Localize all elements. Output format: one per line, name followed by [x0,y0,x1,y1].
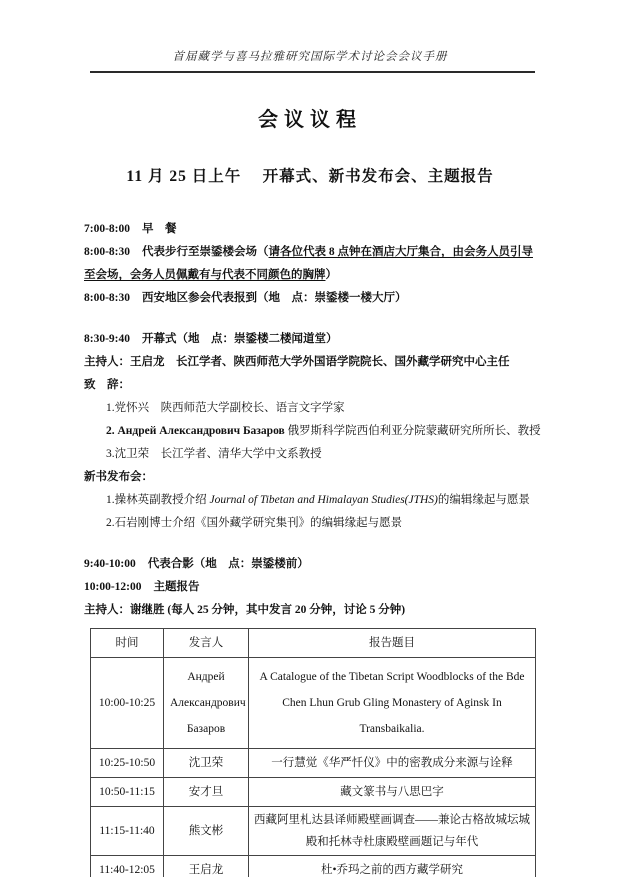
cell-title: 杜•乔玛之前的西方藏学研究 [249,856,536,877]
event-label: 主题报告 [154,581,200,593]
cell-title: A Catalogue of the Tibetan Script Woodbl… [249,658,536,749]
time-label: 10:00-12:00 [84,581,142,593]
journal-name: Journal of Tibetan and Himalayan Studies… [210,494,438,506]
time-label: 8:30-9:40 [84,333,130,345]
time-label: 9:40-10:00 [84,558,136,570]
book-launch-label: 新书发布会： [84,466,542,489]
header-time: 时间 [91,629,164,658]
cell-time: 10:00-10:25 [91,658,164,749]
cell-speaker: Андрей Александрович Базаров [164,658,249,749]
book-item-1-post: 的编辑缘起与愿景 [438,494,530,506]
running-header: 首届藏学与喜马拉雅研究国际学术讨论会会议手册 [0,0,620,64]
agenda-line-checkin: 8:00-8:30西安地区参会代表报到（地 点：崇鋈楼一楼大厅） [84,287,542,310]
time-label: 7:00-8:00 [84,223,130,235]
book-item-1: 1.操林英副教授介绍 Journal of Tibetan and Himala… [84,489,542,512]
speeches-label: 致 辞： [84,374,542,397]
cell-speaker: 安才旦 [164,778,249,807]
table-row: 11:40-12:05 王启龙 杜•乔玛之前的西方藏学研究 [91,856,536,877]
keynote-schedule-table: 时间 发言人 报告题目 10:00-10:25 Андрей Александр… [90,628,536,877]
cell-time: 11:15-11:40 [91,807,164,856]
cell-time: 10:50-11:15 [91,778,164,807]
cell-time: 11:40-12:05 [91,856,164,877]
conference-handbook-page: 首届藏学与喜马拉雅研究国际学术讨论会会议手册 会议议程 11 月 25 日上午 … [0,0,620,877]
agenda-line-photo: 9:40-10:00代表合影（地 点：崇鋈楼前） [84,553,542,576]
agenda-line-breakfast: 7:00-8:00早 餐 [84,218,542,241]
cell-time: 10:25-10:50 [91,749,164,778]
keynote-host: 主持人：谢继胜 [84,604,165,616]
cell-title: 一行慧觉《华严忏仪》中的密教成分来源与诠释 [249,749,536,778]
header-rule-divider [90,71,535,73]
table-row: 10:00-10:25 Андрей Александрович Базаров… [91,658,536,749]
keynote-host-note: (每人 25 分钟，其中发言 20 分钟，讨论 5 分钟) [165,604,406,616]
cell-title: 西藏阿里札达县译师殿壁画调查——兼论古格故城坛城殿和托林寺杜康殿壁画题记与年代 [249,807,536,856]
time-label: 8:00-8:30 [84,292,130,304]
book-item-2: 2.石岩刚博士介绍《国外藏学研究集刊》的编辑缘起与愿景 [84,512,542,535]
event-label: 代表合影（地 点：崇鋈楼前） [148,558,309,570]
speech-item-2: 2. Андрей Александрович Базаров 俄罗斯科学院西伯… [84,420,542,443]
event-label: 开幕式（地 点：崇鋈楼二楼闻道堂） [142,333,338,345]
agenda-line-opening: 8:30-9:40开幕式（地 点：崇鋈楼二楼闻道堂） [84,328,542,351]
table-row: 10:50-11:15 安才旦 藏文篆书与八思巴字 [91,778,536,807]
table-row: 10:25-10:50 沈卫荣 一行慧觉《华严忏仪》中的密教成分来源与诠释 [91,749,536,778]
book-item-1-pre: 1.操林英副教授介绍 [106,494,210,506]
table-row: 11:15-11:40 熊文彬 西藏阿里札达县译师殿壁画调查——兼论古格故城坛城… [91,807,536,856]
cell-speaker: 王启龙 [164,856,249,877]
event-label: 西安地区参会代表报到（地 点：崇鋈楼一楼大厅） [142,292,407,304]
header-title: 报告题目 [249,629,536,658]
event-label-close: ） [326,269,338,281]
opening-host-line: 主持人：王启龙 长江学者、陕西师范大学外国语学院院长、国外藏学研究中心主任 [84,351,542,374]
agenda-line-keynote: 10:00-12:00主题报告 [84,576,542,599]
time-label: 8:00-8:30 [84,246,130,258]
cell-title: 藏文篆书与八思巴字 [249,778,536,807]
cell-speaker: 熊文彬 [164,807,249,856]
speaker-affiliation: 俄罗斯科学院西伯利亚分院蒙藏研究所所长、教授 [285,425,541,437]
agenda-body: 7:00-8:00早 餐 8:00-8:30代表步行至崇鋈楼会场（请各位代表 8… [84,218,542,622]
event-label: 代表步行至崇鋈楼会场（ [142,246,269,258]
speech-item-3: 3.沈卫荣 长江学者、清华大学中文系教授 [84,443,542,466]
page-title: 会议议程 [0,103,620,132]
cell-speaker: 沈卫荣 [164,749,249,778]
speaker-name: 2. Андрей Александрович Базаров [106,425,285,437]
speech-item-1: 1.党怀兴 陕西师范大学副校长、语言文字学家 [84,397,542,420]
header-speaker: 发言人 [164,629,249,658]
session-title: 11 月 25 日上午 开幕式、新书发布会、主题报告 [0,164,620,186]
keynote-host-line: 主持人：谢继胜 (每人 25 分钟，其中发言 20 分钟，讨论 5 分钟) [84,599,542,622]
table-header-row: 时间 发言人 报告题目 [91,629,536,658]
event-label: 早 餐 [142,223,177,235]
agenda-line-walk: 8:00-8:30代表步行至崇鋈楼会场（请各位代表 8 点钟在酒店大厅集合，由会… [84,241,542,287]
